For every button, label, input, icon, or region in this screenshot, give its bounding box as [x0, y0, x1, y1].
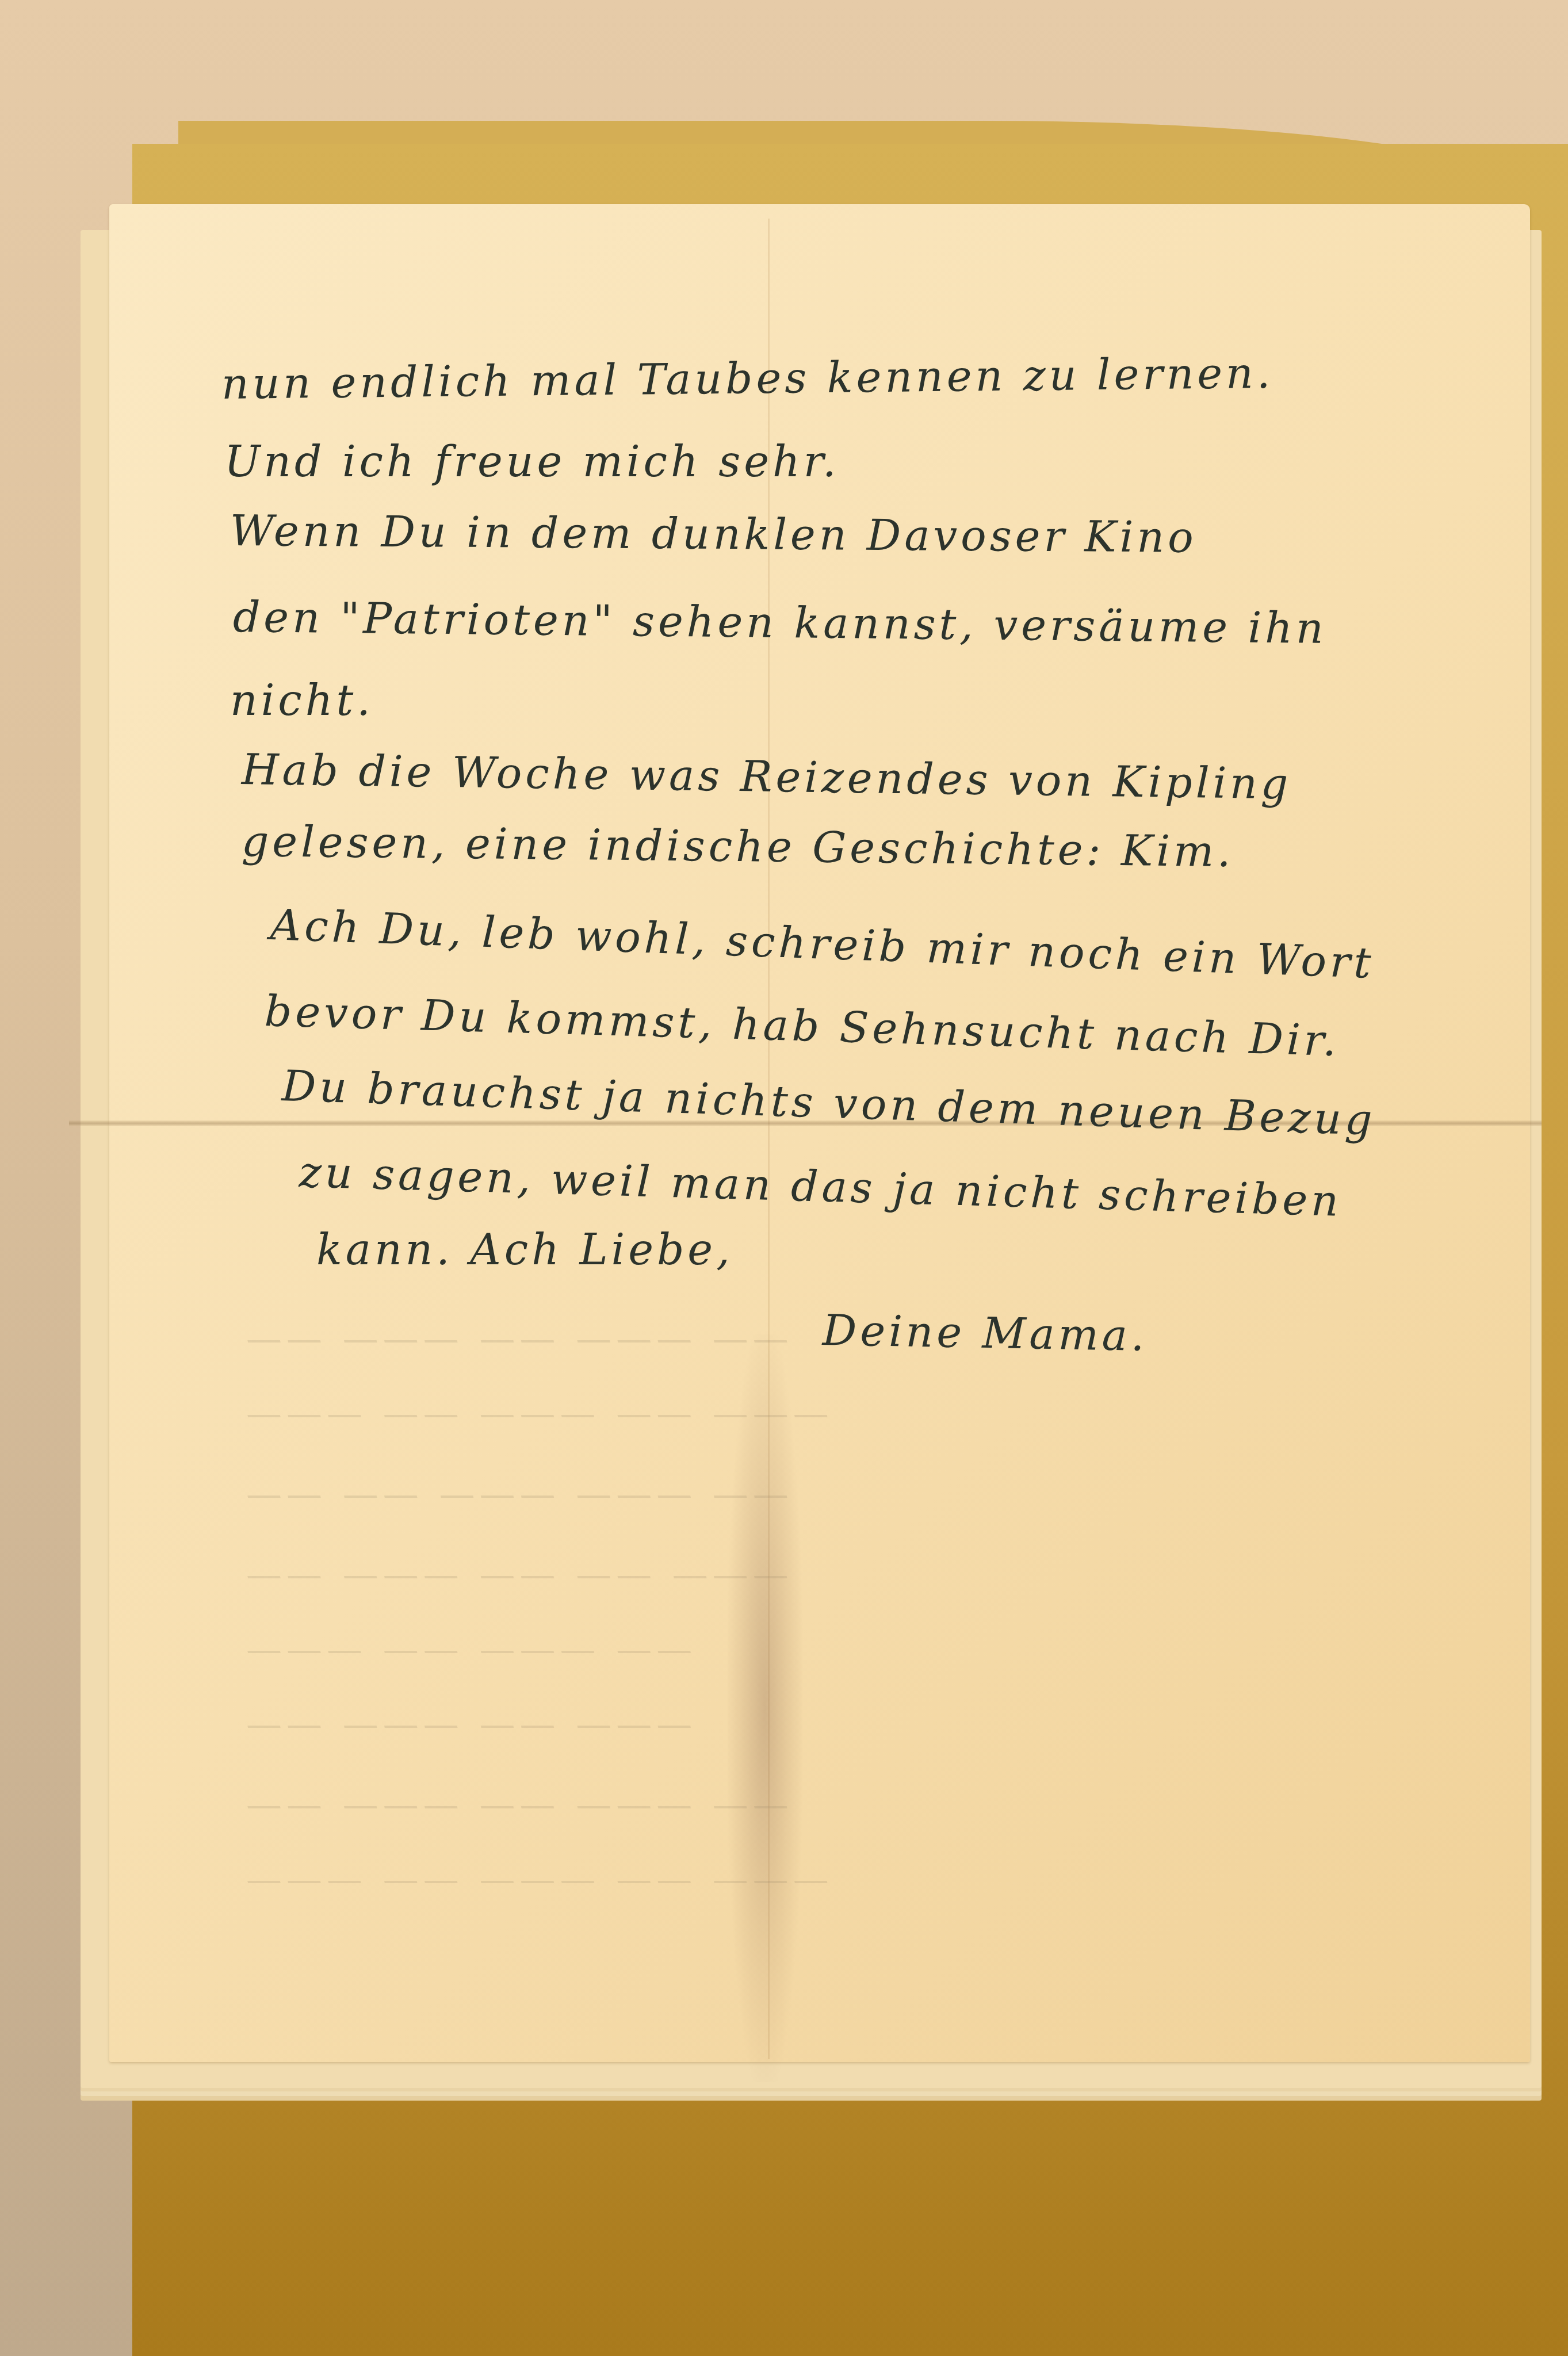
letter-line: kann. Ach Liebe, [316, 1225, 733, 1275]
letter-line: Wenn Du in dem dunklen Davoser Kino [230, 506, 1197, 563]
bleed-through-text: ——— —— ——— —— ——— [242, 1392, 829, 1434]
bleed-through-text: —— ——— —— ——— —— [242, 1317, 789, 1359]
letter-line: gelesen, eine indische Geschichte: Kim. [242, 817, 1234, 877]
letter-line: nicht. [230, 676, 374, 725]
ink-stain [728, 1334, 802, 2082]
bleed-through-text: —— ——— —— ——— [242, 1628, 692, 1670]
bleed-through-text: —— ——— ——— —— —— [242, 1472, 789, 1514]
bleed-through-text: ——— —— —— ——— —— [242, 1553, 789, 1595]
letter-line: Und ich freue mich sehr. [224, 437, 839, 487]
bleed-through-text: ——— —— ——— —— [242, 1703, 692, 1745]
signature: Deine Mama. [822, 1306, 1148, 1361]
bleed-through-text: —— ——— —— ——— —— [242, 1783, 789, 1825]
bleed-through-text: ——— —— ——— —— ——— [242, 1858, 829, 1900]
